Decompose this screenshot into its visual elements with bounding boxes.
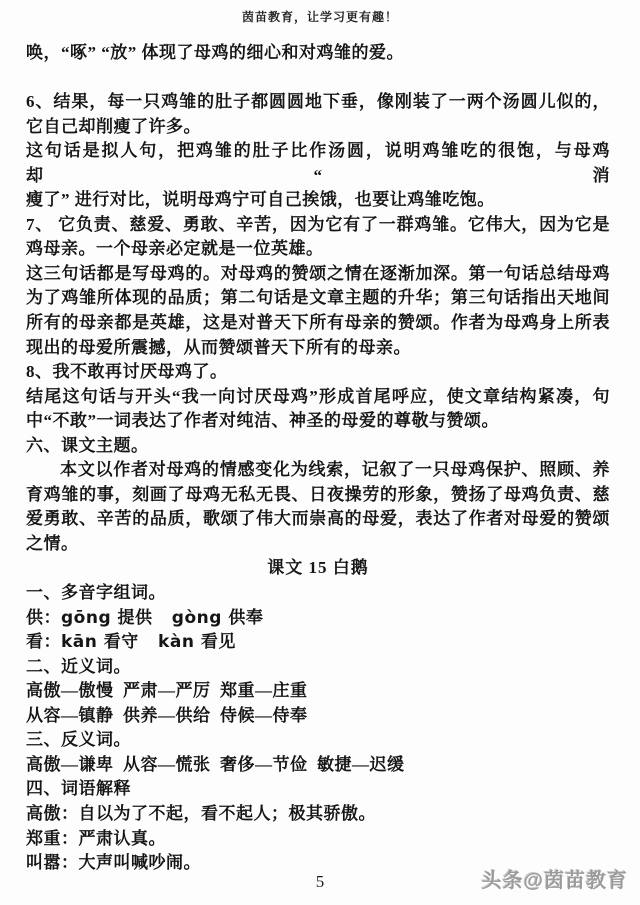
- watermark-toutiao: 头条@茵苗教育: [481, 864, 628, 893]
- lesson-title: 课文 15 白鹅: [26, 556, 610, 581]
- blank-line: [26, 66, 610, 91]
- pinyin-line: 供：gōng 提供 gòng 供奉: [26, 606, 610, 631]
- doc-line: 结尾这句话与开头“我一向讨厌母鸡”形成首尾呼应，使文章结构紧凑，句: [26, 385, 610, 410]
- section-heading: 一、多音字组词。: [26, 581, 610, 606]
- doc-line: 唤，“啄” “放” 体现了母鸡的细心和对鸡雏的爱。: [26, 41, 610, 66]
- section-heading: 二、近义词。: [26, 655, 610, 680]
- doc-line: 瘦了” 进行对比，说明母鸡宁可自己挨饿，也要让鸡雏吃饱。: [26, 188, 610, 213]
- definition-line: 郑重：严肃认真。: [26, 827, 610, 852]
- doc-line: 爱勇敢、辛苦的品质，歌颂了伟大而崇高的母爱，表达了作者对母爱的赞颂: [26, 507, 610, 532]
- pinyin-line: 看：kān 看守 kàn 看见: [26, 630, 610, 655]
- doc-line: 现出的母爱所震撼，从而赞颂普天下所有的母亲。: [26, 336, 610, 361]
- doc-line: 8、我不敢再讨厌母鸡了。: [26, 360, 610, 385]
- section-heading: 三、反义词。: [26, 728, 610, 753]
- doc-line: 7、 它负责、慈爱、勇敢、辛苦，因为它有了一群鸡雏。它伟大，因为它是: [26, 213, 610, 238]
- doc-line: 之情。: [26, 532, 610, 557]
- word-pair-line: 从容—镇静 供养—供给 侍候—侍奉: [26, 704, 610, 729]
- word-pair-line: 高傲—谦卑 从容—慌张 奢侈—节俭 敏捷—迟缓: [26, 753, 610, 778]
- definition-line: 高傲：自以为了不起，看不起人；极其骄傲。: [26, 802, 610, 827]
- doc-line: 所有的母亲都是英雄，这是对普天下所有母亲的赞颂。作者为母鸡身上所表: [26, 311, 610, 336]
- doc-line: 它自己却削瘦了许多。: [26, 115, 610, 140]
- document-page: 茵苗教育，让学习更有趣！ 唤，“啄” “放” 体现了母鸡的细心和对鸡雏的爱。 6…: [0, 0, 640, 905]
- word-pair-line: 高傲—傲慢 严肃—严厉 郑重—庄重: [26, 679, 610, 704]
- section-heading: 六、课文主题。: [26, 434, 610, 459]
- section-heading: 四、词语解释: [26, 777, 610, 802]
- doc-line: 育鸡雏的事，刻画了母鸡无私无畏、日夜操劳的形象，赞扬了母鸡负责、慈: [26, 483, 610, 508]
- doc-line: 中“不敢”一词表达了作者对纯洁、神圣的母爱的尊敬与赞颂。: [26, 409, 610, 434]
- doc-line: 6、结果，每一只鸡雏的肚子都圆圆地下垂，像刚装了一两个汤圆儿似的，: [26, 90, 610, 115]
- document-body: 唤，“啄” “放” 体现了母鸡的细心和对鸡雏的爱。 6、结果，每一只鸡雏的肚子都…: [26, 41, 610, 876]
- header-slogan: 茵苗教育，让学习更有趣！: [0, 8, 640, 25]
- doc-line: 为了鸡雏所体现的品质；第二句话是文章主题的升华；第三句话指出天地间: [26, 286, 610, 311]
- doc-line: 这三句话都是写母鸡的。对母鸡的赞颂之情在逐渐加深。第一句话总结母鸡: [26, 262, 610, 287]
- doc-line: 本文以作者对母鸡的情感变化为线索，记叙了一只母鸡保护、照顾、养: [26, 458, 610, 483]
- doc-line: 这句话是拟人句，把鸡雏的肚子比作汤圆，说明鸡雏吃的很饱，与母鸡却“消: [26, 139, 610, 188]
- doc-line: 鸡母亲。一个母亲必定就是一位英雄。: [26, 237, 610, 262]
